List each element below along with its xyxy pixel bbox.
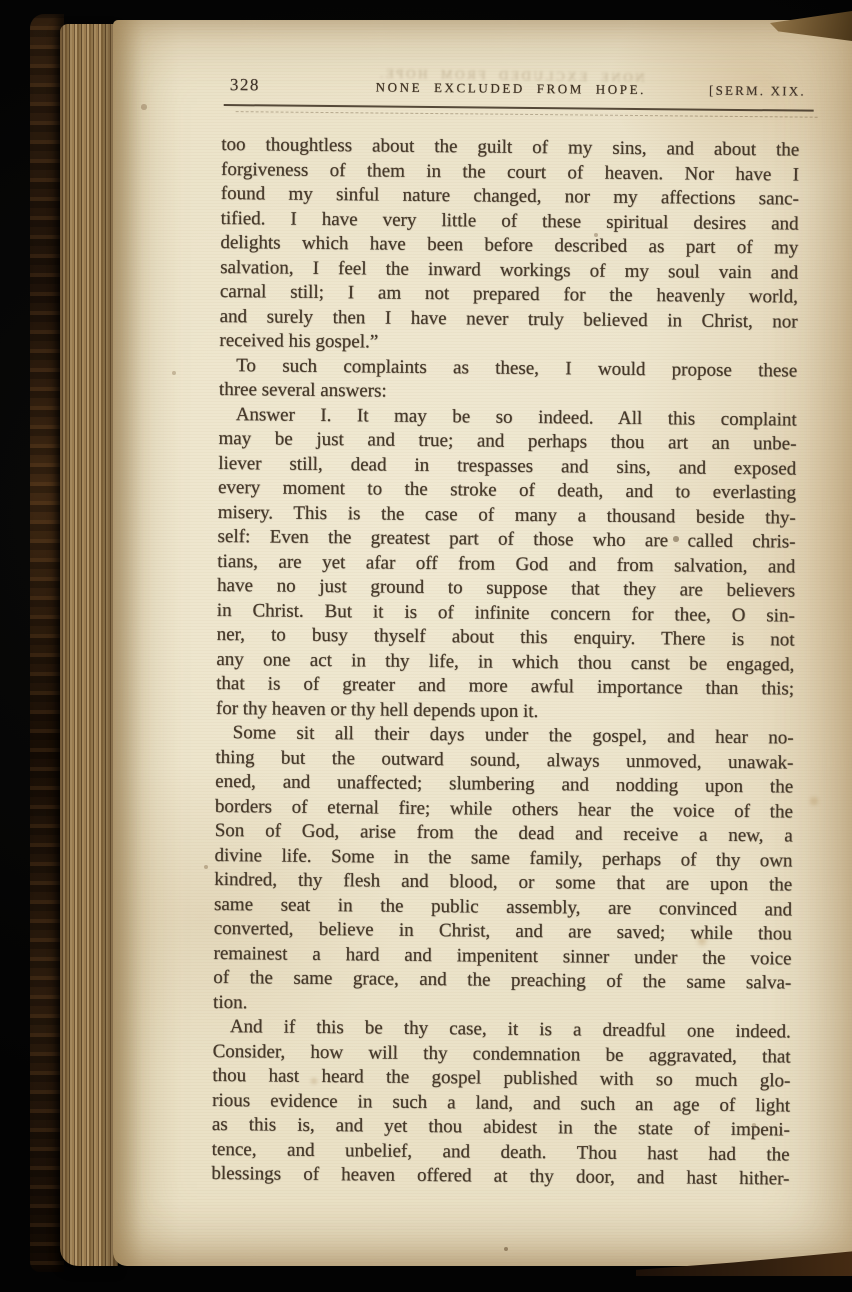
book-page: NONE EXCLUDED FROM HOPE. 328 NONE EXCLUD…: [113, 20, 852, 1266]
printed-content: NONE EXCLUDED FROM HOPE. 328 NONE EXCLUD…: [211, 75, 800, 1192]
page-header: 328 NONE EXCLUDED FROM HOPE. [SERM. XIX.: [222, 75, 800, 101]
text-line: blessings of heaven offered at thy door,…: [211, 1162, 789, 1192]
page-edges-stack: [60, 24, 118, 1266]
scanned-book-photo: NONE EXCLUDED FROM HOPE. 328 NONE EXCLUD…: [0, 0, 852, 1292]
book-cover-edge: [30, 14, 64, 1272]
sermon-reference: [SERM. XIX.: [709, 83, 806, 100]
foxing-specks: [113, 20, 115, 22]
header-rule: [222, 104, 814, 120]
body-text: too thoughtless about the guilt of my si…: [211, 133, 799, 1192]
